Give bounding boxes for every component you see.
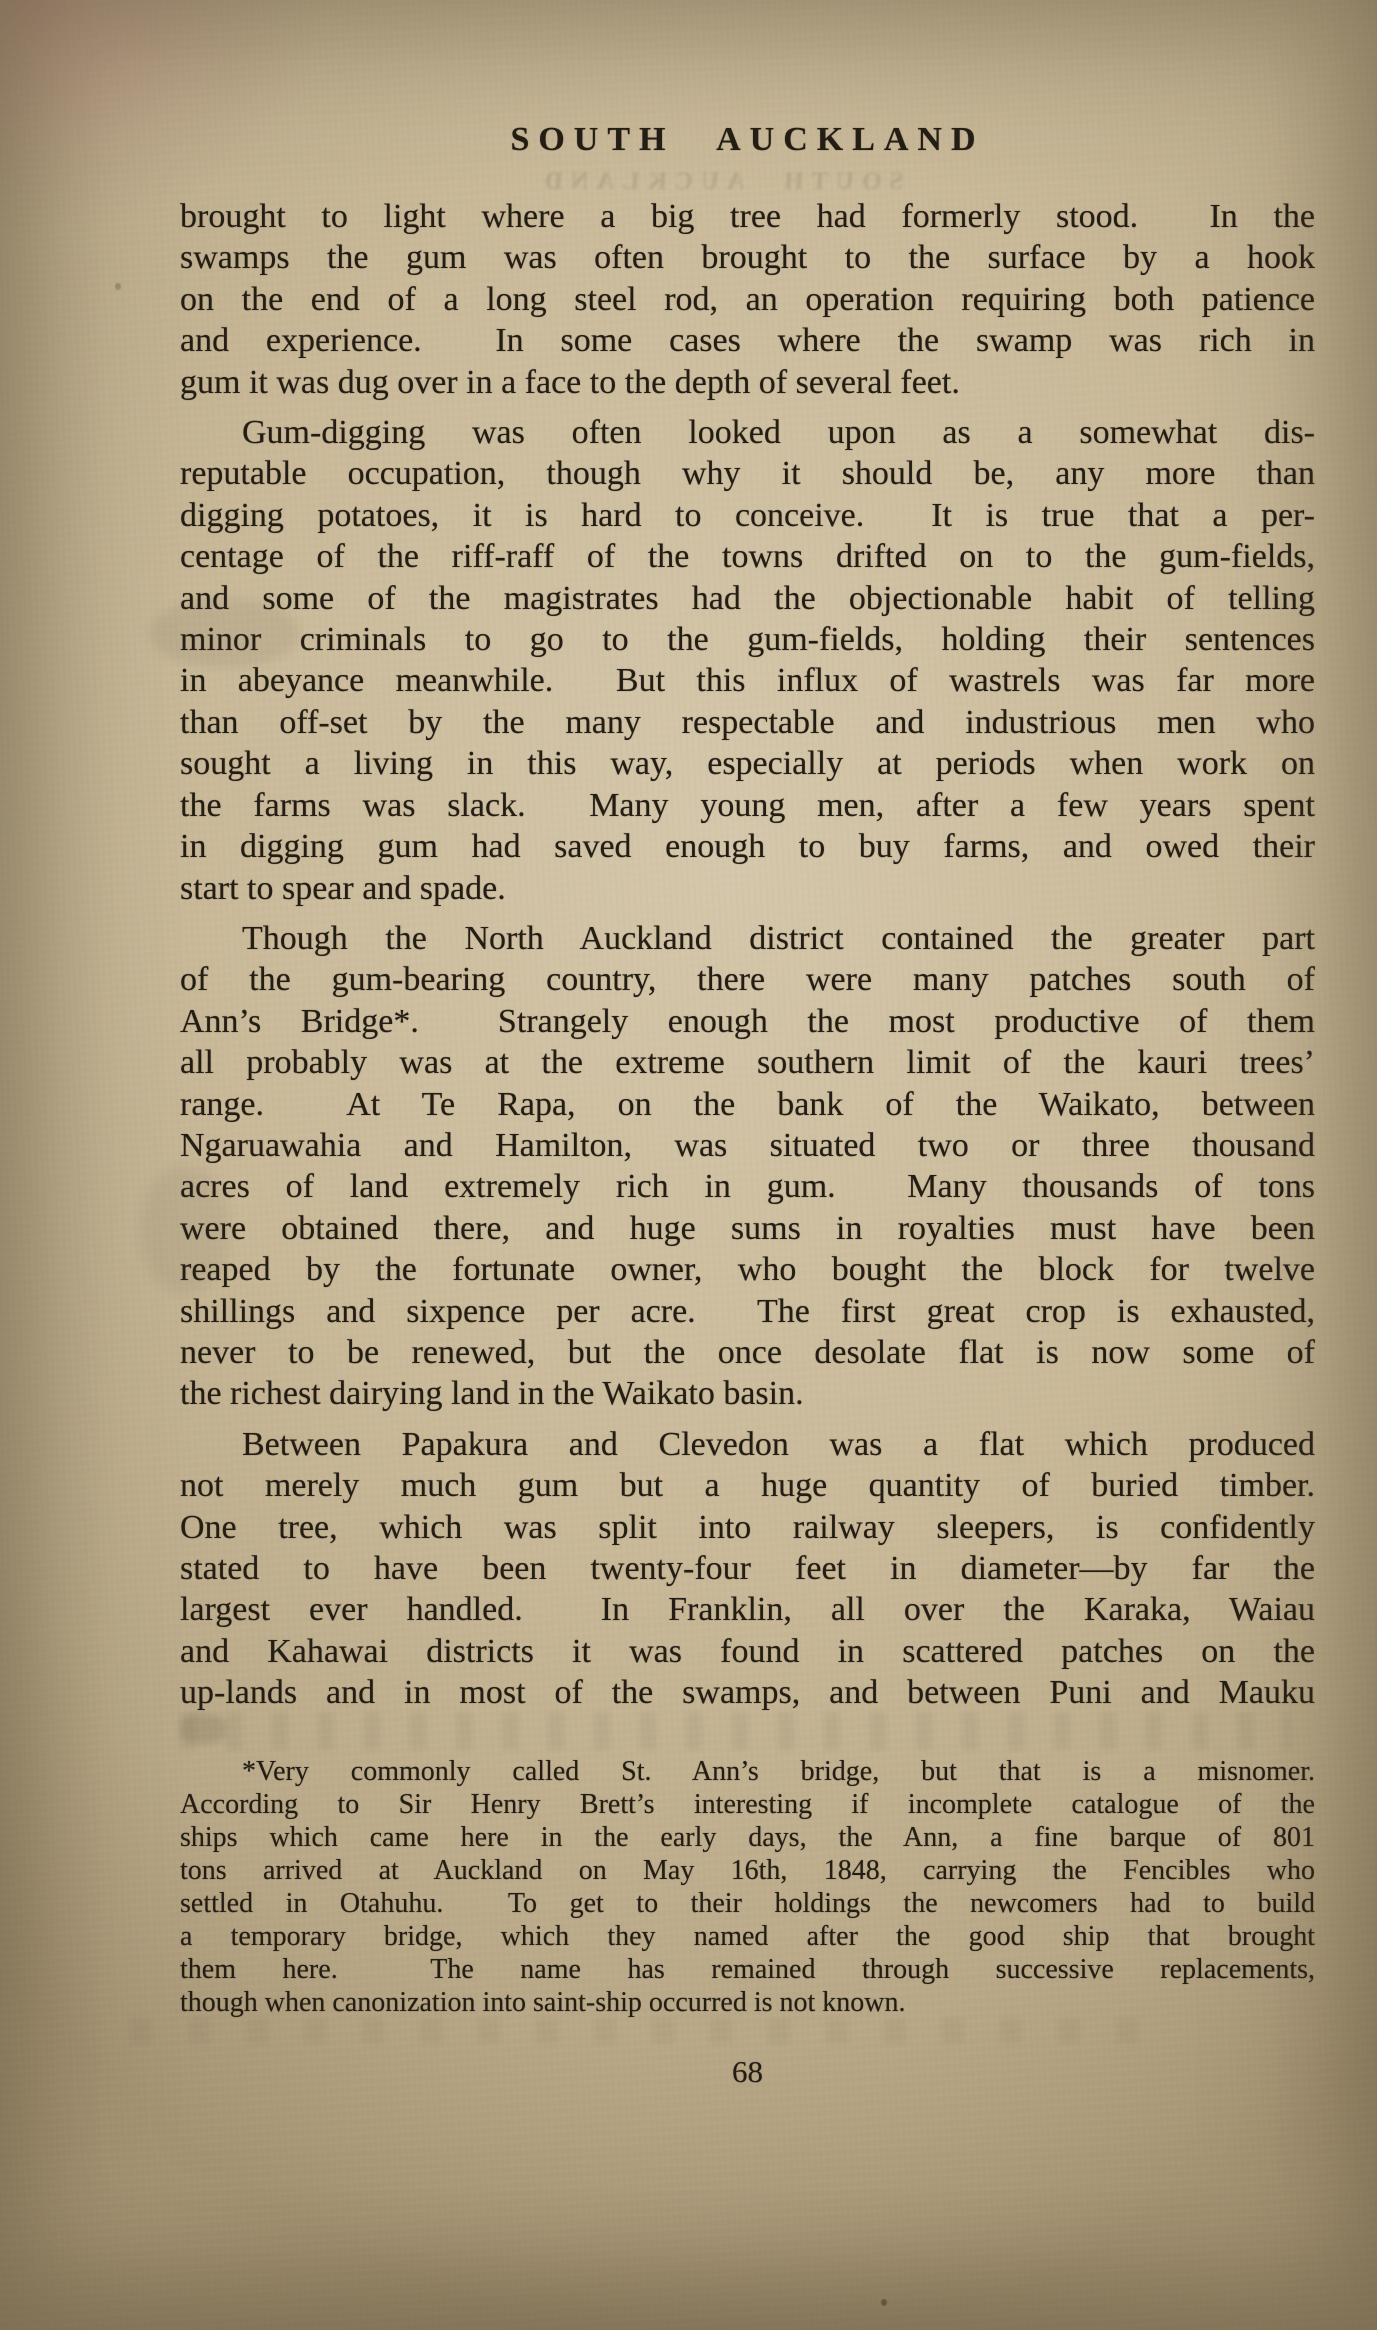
text-line: them here. The name has remained through… — [180, 1953, 1315, 1986]
page-number: 68 — [180, 2054, 1315, 2090]
paragraph: Though the North Auckland district conta… — [180, 918, 1315, 1415]
text-line: never to be renewed, but the once desola… — [180, 1332, 1315, 1373]
ink-smudge — [180, 1712, 1290, 1750]
text-line: ships which came here in the early days,… — [180, 1821, 1315, 1854]
text-line: range. At Te Rapa, on the bank of the Wa… — [180, 1084, 1315, 1125]
text-line: Between Papakura and Clevedon was a flat… — [180, 1424, 1315, 1465]
text-line: Though the North Auckland district conta… — [180, 918, 1315, 959]
ink-ghost-stamp: SOUTH AUCKLAND — [509, 168, 931, 196]
text-line: largest ever handled. In Franklin, all o… — [180, 1589, 1315, 1630]
text-line: digging potatoes, it is hard to conceive… — [180, 495, 1315, 536]
text-line: gum it was dug over in a face to the dep… — [180, 362, 1315, 403]
text-line: and Kahawai districts it was found in sc… — [180, 1631, 1315, 1672]
text-line: though when canonization into saint-ship… — [180, 1986, 1315, 2019]
text-line: stated to have been twenty-four feet in … — [180, 1548, 1315, 1589]
text-line: reputable occupation, though why it shou… — [180, 453, 1315, 494]
text-line: a temporary bridge, which they named aft… — [180, 1920, 1315, 1953]
text-line: brought to light where a big tree had fo… — [180, 196, 1315, 237]
paragraph: brought to light where a big tree had fo… — [180, 196, 1315, 403]
paragraph: Between Papakura and Clevedon was a flat… — [180, 1424, 1315, 1714]
text-line: Ngaruawahia and Hamilton, was situated t… — [180, 1125, 1315, 1166]
text-line: in abeyance meanwhile. But this influx o… — [180, 660, 1315, 701]
text-line: than off-set by the many respectable and… — [180, 702, 1315, 743]
text-line: start to spear and spade. — [180, 868, 1315, 909]
paper-speck — [115, 283, 121, 290]
paragraph: Gum-digging was often looked upon as a s… — [180, 412, 1315, 909]
text-line: Gum-digging was often looked upon as a s… — [180, 412, 1315, 453]
text-line: reaped by the fortunate owner, who bough… — [180, 1249, 1315, 1290]
text-line: the richest dairying land in the Waikato… — [180, 1373, 1315, 1414]
text-line: on the end of a long steel rod, an opera… — [180, 279, 1315, 320]
text-line: and some of the magistrates had the obje… — [180, 578, 1315, 619]
text-line: were obtained there, and huge sums in ro… — [180, 1208, 1315, 1249]
text-line: in digging gum had saved enough to buy f… — [180, 826, 1315, 867]
text-line: tons arrived at Auckland on May 16th, 18… — [180, 1854, 1315, 1887]
text-line: shillings and sixpence per acre. The fir… — [180, 1291, 1315, 1332]
text-line: not merely much gum but a huge quantity … — [180, 1465, 1315, 1506]
text-line: and experience. In some cases where the … — [180, 320, 1315, 361]
text-line: One tree, which was split into railway s… — [180, 1507, 1315, 1548]
text-line: settled in Otahuhu. To get to their hold… — [180, 1887, 1315, 1920]
text-line: swamps the gum was often brought to the … — [180, 237, 1315, 278]
text-line: sought a living in this way, especially … — [180, 743, 1315, 784]
ink-smudge — [130, 2018, 1140, 2044]
text-line: up-lands and in most of the swamps, and … — [180, 1672, 1315, 1713]
text-line: acres of land extremely rich in gum. Man… — [180, 1166, 1315, 1207]
paragraph: *Very commonly called St. Ann’s bridge, … — [180, 1755, 1315, 2019]
text-line: the farms was slack. Many young men, aft… — [180, 785, 1315, 826]
footnote: *Very commonly called St. Ann’s bridge, … — [180, 1755, 1315, 2019]
text-line: Ann’s Bridge*. Strangely enough the most… — [180, 1001, 1315, 1042]
body-text: brought to light where a big tree had fo… — [180, 196, 1315, 1714]
text-line: According to Sir Henry Brett’s interesti… — [180, 1788, 1315, 1821]
text-line: of the gum-bearing country, there were m… — [180, 959, 1315, 1000]
text-line: minor criminals to go to the gum-fields,… — [180, 619, 1315, 660]
text-line: centage of the riff-raff of the towns dr… — [180, 536, 1315, 577]
text-line: *Very commonly called St. Ann’s bridge, … — [180, 1755, 1315, 1788]
text-line: all probably was at the extreme southern… — [180, 1042, 1315, 1083]
book-page: SOUTH AUCKLAND SOUTH AUCKLAND brought to… — [0, 0, 1377, 2330]
page-header: SOUTH AUCKLAND — [180, 120, 1315, 160]
paper-speck — [881, 2299, 887, 2306]
